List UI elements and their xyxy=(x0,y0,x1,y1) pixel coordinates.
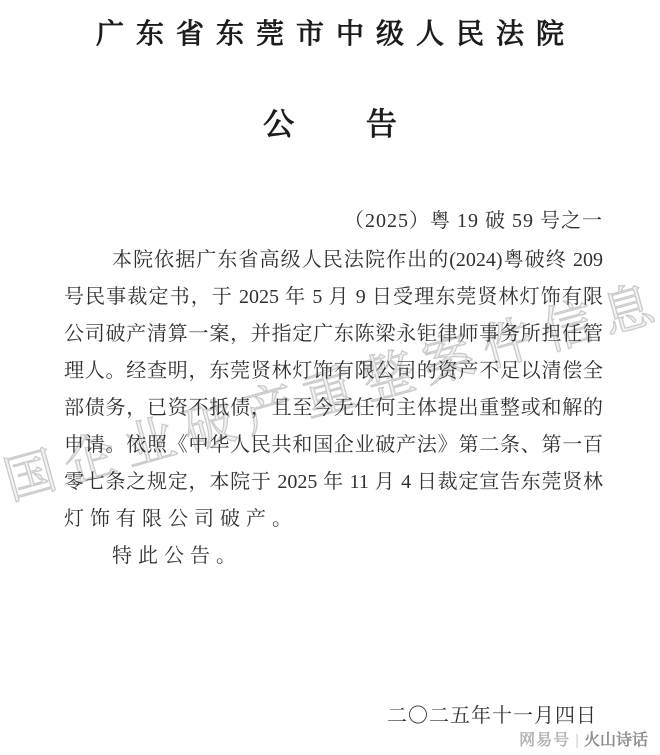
body-line: 部债务，已资不抵债，且至今无任何主体提出重整或和解的 xyxy=(64,390,603,427)
account-name: 火山诗话 xyxy=(584,731,648,751)
body-line: 号民事裁定书，于 2025 年 5 月 9 日受理东莞贤林灯饰有限 xyxy=(64,279,603,316)
body-line: 申请。依照《中华人民共和国企业破产法》第二条、第一百 xyxy=(64,427,603,464)
closing-line: 特此公告。 xyxy=(64,538,603,575)
court-announcement-document: 国企业破产重整案件信息 广东省东莞市中级人民法院 公 告 （2025）粤 19 … xyxy=(0,0,660,755)
announcement-title: 公 告 xyxy=(0,99,660,144)
body-line: 本院依据广东省高级人民法院作出的(2024)粤破终 209 xyxy=(64,242,603,279)
body-line: 理人。经查明，东莞贤林灯饰有限公司的资产不足以清偿全 xyxy=(64,353,603,390)
body-line: 灯饰有限公司破产。 xyxy=(64,501,603,538)
divider-bar: | xyxy=(575,731,579,751)
announcement-body: 本院依据广东省高级人民法院作出的(2024)粤破终 209 号民事裁定书，于 2… xyxy=(64,242,603,575)
platform-watermark: 网易号 | 火山诗话 xyxy=(519,731,648,751)
case-number: （2025）粤 19 破 59 号之一 xyxy=(344,203,603,240)
court-name-heading: 广东省东莞市中级人民法院 xyxy=(0,12,660,52)
issue-date: 二〇二五年十一月四日 xyxy=(387,703,597,729)
body-line: 零七条之规定，本院于 2025 年 11 月 4 日裁定宣告东莞贤林 xyxy=(64,464,603,501)
body-line: 公司破产清算一案，并指定广东陈梁永钜律师事务所担任管 xyxy=(64,316,603,353)
netease-hao-logo: 网易号 xyxy=(519,731,570,751)
